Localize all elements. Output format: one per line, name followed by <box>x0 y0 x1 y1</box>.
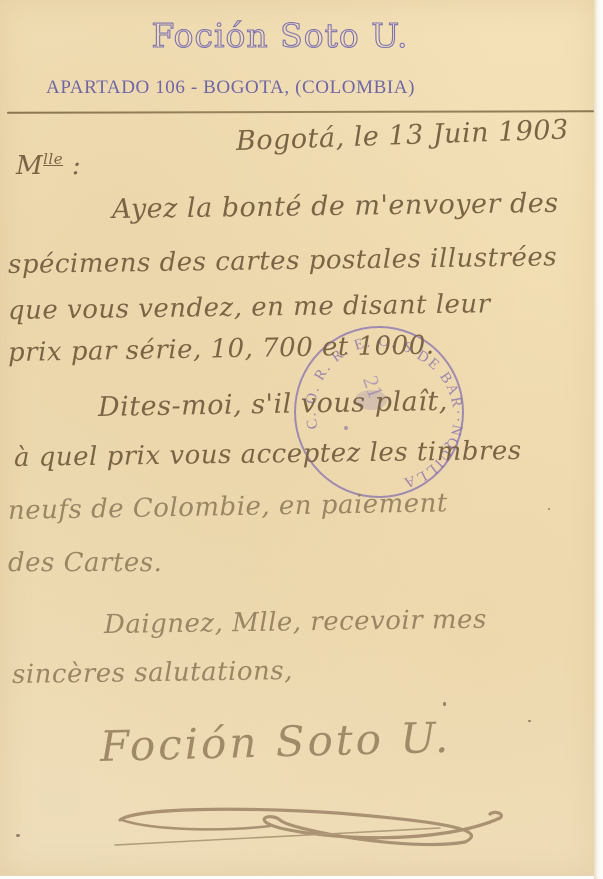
scan-margin <box>594 0 603 879</box>
paper-speck <box>548 508 550 510</box>
letterhead-name: Foción Soto U. <box>0 16 560 55</box>
letter-line: neufs de Colombie, en paiement <box>8 488 448 526</box>
svg-text:DE BAR··NQUILLA: DE BAR··NQUILLA <box>400 347 465 491</box>
salutation-superscript: lle <box>43 150 63 168</box>
signature-flourish <box>110 790 510 850</box>
place-date: Bogotá, le 13 Juin 1903 <box>235 114 569 157</box>
salutation: Mlle : <box>16 150 81 181</box>
letter-line: Daignez, Mlle, recevoir mes <box>104 605 487 640</box>
paper-speck <box>528 720 531 722</box>
header-divider <box>7 110 594 114</box>
letter-line: sincères salutations, <box>12 656 293 690</box>
paper-speck <box>443 702 446 706</box>
letter-line: Dites-moi, s'il vous plaît, <box>98 386 448 423</box>
letter-line: Ayez la bonté de m'envoyer des <box>112 188 559 225</box>
postcard: Foción Soto U. APARTADO 106 - BOGOTA, (C… <box>0 0 597 876</box>
letter-line: spécimens des cartes postales illustrées <box>8 242 558 280</box>
paper-speck <box>16 834 20 837</box>
letterhead-address: APARTADO 106 - BOGOTA, (COLOMBIA) <box>46 77 415 99</box>
letter-line: des Cartes. <box>8 548 162 578</box>
handwritten-signature: Foción Soto U. <box>99 713 451 771</box>
letter-line: que vous vendez, en me disant leur <box>8 289 491 326</box>
postmark-right-text: DE BAR··NQUILLA <box>400 347 465 491</box>
salutation-suffix: : <box>63 151 81 181</box>
salutation-prefix: M <box>16 151 43 181</box>
